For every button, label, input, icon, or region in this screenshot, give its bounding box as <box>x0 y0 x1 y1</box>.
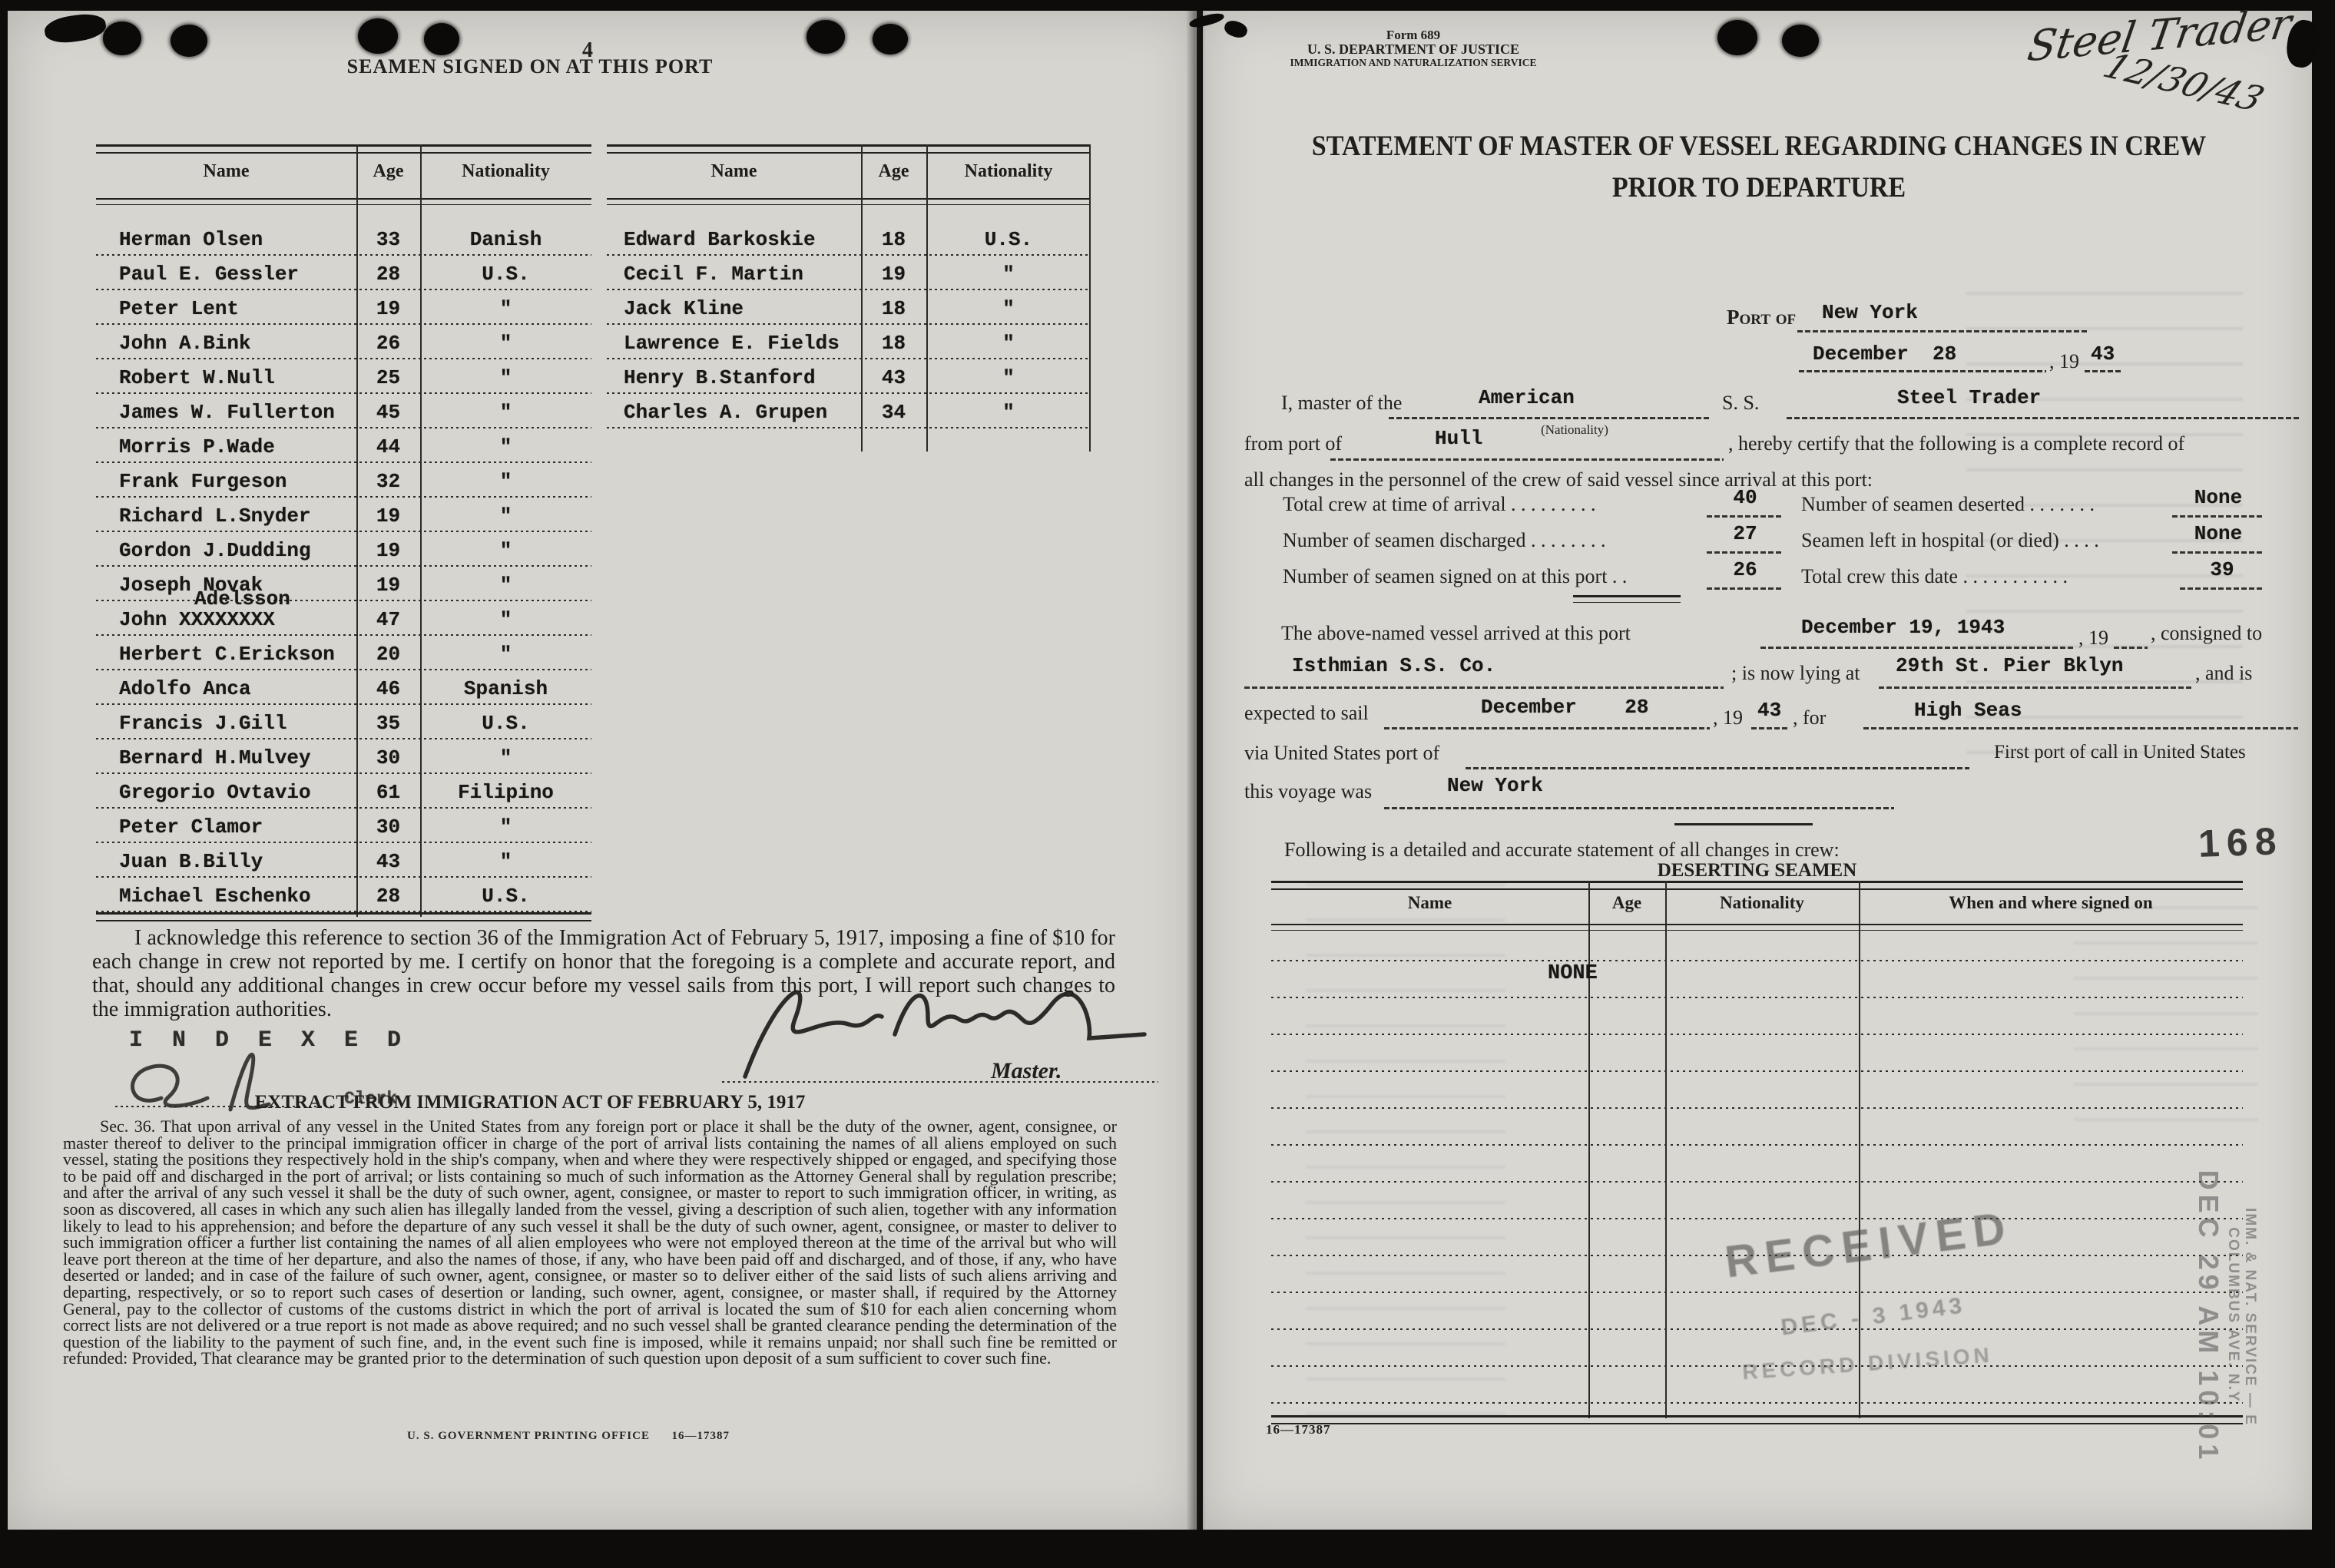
table-rule <box>607 198 1091 205</box>
voyage-value: New York <box>1447 774 1543 797</box>
consignee-value: Isthmian S.S. Co. <box>1292 654 1495 677</box>
master-signature <box>714 961 1160 1088</box>
column-header-name: Name <box>607 161 861 182</box>
punch-hole <box>1782 25 1819 57</box>
section-divider-rule <box>1674 823 1813 829</box>
punch-hole <box>1717 20 1757 55</box>
deserting-empty-row <box>1271 1144 2243 1146</box>
punch-hole <box>358 18 398 54</box>
date-value: December 28 <box>1813 342 1956 366</box>
crew-nationality: " <box>420 746 591 769</box>
crew-name: Adolfo Anca <box>119 677 251 700</box>
crew-nationality: " <box>420 539 591 562</box>
crew-row: Henry B.Stanford43" <box>607 359 1091 394</box>
crew-age: 33 <box>356 228 420 251</box>
crew-age: 26 <box>356 332 420 355</box>
voyage-blank <box>1384 807 1894 809</box>
deserting-empty-row <box>1271 960 2243 961</box>
arrived-value: December 19, 1943 <box>1801 616 2005 639</box>
crew-row: James W. Fullerton45" <box>96 394 591 428</box>
column-header-nationality: Nationality <box>420 161 591 182</box>
punch-hole <box>424 23 459 55</box>
crew-age: 44 <box>356 435 420 458</box>
left-page-footer: U. S. GOVERNMENT PRINTING OFFICE 16—1738… <box>369 1430 768 1443</box>
crew-row: Morris P.Wade44" <box>96 428 591 463</box>
punch-hole <box>171 25 207 57</box>
crew-name: Gregorio Ovtavio <box>119 781 311 804</box>
deserting-empty-row <box>1271 1181 2243 1183</box>
crew-name: Francis J.Gill <box>119 712 286 735</box>
sail-value: December 28 <box>1481 696 1648 719</box>
column-header-age: Age <box>1588 893 1665 913</box>
crew-name: Herbert C.Erickson <box>119 643 335 666</box>
crew-name: Frank Furgeson <box>119 470 286 493</box>
port-label: Port of <box>1727 306 1796 329</box>
crew-age: 35 <box>356 712 420 735</box>
date-received-stamp-vertical: IMM. & NAT. SERVICE — E COLUMBUS AVE. N.… <box>2158 1136 2258 1497</box>
master-signature-line <box>722 1081 1158 1083</box>
crew-age: 47 <box>356 608 420 631</box>
table-rule <box>96 198 591 205</box>
stat-value: 40 <box>1707 486 1784 509</box>
lying-label: ; is now lying at <box>1731 662 1860 685</box>
deserting-empty-row <box>1271 1402 2243 1404</box>
stat-label: Seamen left in hospital (or died) . . . … <box>1801 529 2099 552</box>
right-page-footer-number: 16—17387 <box>1266 1422 1331 1437</box>
destination-value: High Seas <box>1914 699 2022 722</box>
crew-age: 18 <box>861 297 926 320</box>
vessel-value: Steel Trader <box>1897 386 2041 409</box>
crew-age: 30 <box>356 746 420 769</box>
crew-row: Gregorio Ovtavio61Filipino <box>96 774 591 809</box>
nationality-blank-line <box>1389 417 1711 419</box>
master-phrase: I, master of the <box>1281 392 1402 415</box>
stat-label: Total crew this date . . . . . . . . . .… <box>1801 565 2068 588</box>
section-divider-rule <box>1573 595 1681 603</box>
crew-row: Paul E. Gessler28U.S. <box>96 256 591 290</box>
crew-name: Richard L.Snyder <box>119 504 311 528</box>
table-rule <box>1271 1415 2243 1424</box>
column-divider <box>1588 881 1590 1418</box>
via-blank <box>1466 767 1969 769</box>
stat-value: 39 <box>2180 558 2264 581</box>
sail-year-value: 43 <box>1757 699 1781 722</box>
crew-age: 18 <box>861 332 926 355</box>
crew-age: 19 <box>356 504 420 528</box>
crew-nationality: " <box>926 297 1091 320</box>
crew-row: Joseph Novak19" <box>96 567 591 601</box>
stat-blank <box>1707 551 1784 554</box>
crew-age: 45 <box>356 401 420 424</box>
consignee-blank <box>1244 686 1724 689</box>
crew-name: Henry B.Stanford <box>624 366 816 389</box>
crew-nationality: Spanish <box>420 677 591 700</box>
from-port-value: Hull <box>1435 427 1482 450</box>
crew-name: Peter Lent <box>119 297 239 320</box>
crew-name: Herman Olsen <box>119 228 263 251</box>
deserting-table: Name Age Nationality When and where sign… <box>1271 881 2243 1423</box>
year-blank-line <box>2085 370 2121 372</box>
and-is-label: , and is <box>2195 662 2252 685</box>
crew-row: Herman Olsen33Danish <box>96 221 591 256</box>
crew-name-correction: Adelsson <box>194 587 290 610</box>
nationality-value: American <box>1479 386 1575 409</box>
deserting-empty-row <box>1271 1328 2243 1330</box>
crew-row: Herbert C.Erickson20" <box>96 636 591 670</box>
crew-name: Bernard H.Mulvey <box>119 746 311 769</box>
from-port-blank-line <box>1330 458 1724 461</box>
crew-nationality: " <box>420 643 591 666</box>
column-header-age: Age <box>861 161 926 182</box>
crew-name: Cecil F. Martin <box>624 263 803 286</box>
column-header-signed-on: When and where signed on <box>1859 893 2243 913</box>
crew-name: Juan B.Billy <box>119 850 263 873</box>
arrived-blank <box>1760 647 2074 649</box>
crew-nationality: " <box>926 401 1091 424</box>
column-header-age: Age <box>356 161 420 182</box>
stat-label: Number of seamen discharged . . . . . . … <box>1283 529 1605 552</box>
date-year-value: 43 <box>2091 342 2115 366</box>
crew-row: Lawrence E. Fields18" <box>607 325 1091 359</box>
crew-age: 61 <box>356 781 420 804</box>
crew-row: Michael Eschenko28U.S. <box>96 878 591 912</box>
crew-nationality: " <box>420 608 591 631</box>
deserting-empty-row <box>1271 1107 2243 1109</box>
crew-nationality: " <box>420 574 591 597</box>
crew-name: James W. Fullerton <box>119 401 335 424</box>
stamp-line: COLUMBUS AVE. N.Y. <box>2224 1136 2241 1497</box>
crew-name: Gordon J.Dudding <box>119 539 311 562</box>
right-page-title-line1: STATEMENT OF MASTER OF VESSEL REGARDING … <box>1244 131 2274 162</box>
department-name: U. S. DEPARTMENT OF JUSTICE <box>1260 41 1567 58</box>
from-port-label: from port of <box>1244 432 1342 455</box>
service-name: IMMIGRATION AND NATURALIZATION SERVICE <box>1260 57 1567 69</box>
column-header-nationality: Nationality <box>1665 893 1859 913</box>
deserting-empty-row <box>1271 1034 2243 1035</box>
voyage-label: this voyage was <box>1244 780 1372 803</box>
destination-blank <box>1863 727 2298 729</box>
crew-age: 46 <box>356 677 420 700</box>
deserting-empty-row <box>1271 1292 2243 1293</box>
crew-age: 19 <box>356 539 420 562</box>
crew-row: John A.Bink26" <box>96 325 591 359</box>
crew-nationality: " <box>420 504 591 528</box>
first-port-label: First port of call in United States <box>1994 742 2246 763</box>
sail-label: expected to sail <box>1244 702 1369 725</box>
crew-nationality: " <box>420 366 591 389</box>
lying-value: 29th St. Pier Bklyn <box>1896 654 2123 677</box>
crew-age: 43 <box>356 850 420 873</box>
crew-name: Peter Clamor <box>119 815 263 839</box>
for-label: , for <box>1793 706 1826 729</box>
crew-row: Jack Kline18" <box>607 290 1091 325</box>
page-gutter <box>1186 11 1206 1530</box>
via-label: via United States port of <box>1244 742 1439 765</box>
crew-age: 25 <box>356 366 420 389</box>
stat-value: 27 <box>1707 522 1784 545</box>
crew-row: Bernard H.Mulvey30" <box>96 739 591 774</box>
table-rule <box>1271 881 2243 890</box>
master-label: Master. <box>991 1058 1062 1084</box>
form-number: Form 689 <box>1260 28 1567 43</box>
punch-hole <box>103 22 141 55</box>
column-header-nationality: Nationality <box>926 161 1091 182</box>
column-header-name: Name <box>1271 893 1588 913</box>
stat-blank <box>1707 587 1784 590</box>
column-header-name: Name <box>96 161 356 182</box>
following-line: Following is a detailed and accurate sta… <box>1284 839 1840 862</box>
stat-blank <box>2172 551 2264 554</box>
consigned-label: , consigned to <box>2151 622 2262 645</box>
crew-table-right: Name Age Nationality Edward Barkoskie18U… <box>607 144 1091 467</box>
left-page-title: SEAMEN SIGNED ON AT THIS PORT <box>184 55 876 78</box>
number-stamp: 168 <box>2198 819 2284 866</box>
date-blank-line <box>1799 370 2046 372</box>
crew-name: John XXXXXXXX <box>119 608 275 631</box>
crew-age: 20 <box>356 643 420 666</box>
stat-blank <box>1707 515 1784 518</box>
crew-row: Richard L.Snyder19" <box>96 498 591 532</box>
certify-phrase: , hereby certify that the following is a… <box>1728 432 2184 455</box>
crew-nationality: U.S. <box>420 885 591 908</box>
arrived-year-prefix: , 19 <box>2078 627 2108 650</box>
stat-value: 26 <box>1707 558 1784 581</box>
stamp-line: IMM. & NAT. SERVICE — E <box>2241 1136 2258 1497</box>
date-year-prefix: , 19 <box>2049 350 2079 373</box>
stat-label: Number of seamen signed on at this port … <box>1283 565 1627 588</box>
crew-row: Charles A. Grupen34" <box>607 394 1091 428</box>
crew-nationality: Filipino <box>420 781 591 804</box>
crew-name: Paul E. Gessler <box>119 263 299 286</box>
crew-nationality: " <box>420 332 591 355</box>
crew-age: 19 <box>356 297 420 320</box>
sail-year-prefix: , 19 <box>1713 706 1743 729</box>
crew-row: Peter Clamor30" <box>96 809 591 843</box>
vessel-blank-line <box>1787 417 2300 419</box>
crew-table-left: Name Age Nationality Herman Olsen33Danis… <box>96 144 591 921</box>
crew-nationality: " <box>420 815 591 839</box>
crew-nationality: " <box>420 435 591 458</box>
crew-name: Jack Kline <box>624 297 744 320</box>
crew-nationality: " <box>926 366 1091 389</box>
crew-age: 43 <box>861 366 926 389</box>
crew-age: 19 <box>861 263 926 286</box>
crew-name: Charles A. Grupen <box>624 401 827 424</box>
column-divider <box>1665 881 1667 1418</box>
deserting-empty-row <box>1271 997 2243 998</box>
scanned-document: 4 SEAMEN SIGNED ON AT THIS PORT Name Age… <box>0 0 2335 1568</box>
table-rule <box>96 912 591 921</box>
crew-age: 32 <box>356 470 420 493</box>
port-value: New York <box>1822 301 1918 324</box>
crew-nationality: U.S. <box>420 712 591 735</box>
right-page-title-line2: PRIOR TO DEPARTURE <box>1244 172 2274 203</box>
stat-label: Total crew at time of arrival . . . . . … <box>1283 493 1596 516</box>
crew-age: 18 <box>861 228 926 251</box>
crew-row: Francis J.Gill35U.S. <box>96 705 591 739</box>
punch-hole <box>806 20 845 54</box>
lying-blank <box>1879 686 2192 689</box>
stat-blank <box>2180 587 2264 590</box>
crew-nationality: " <box>420 470 591 493</box>
stat-value: None <box>2172 522 2264 545</box>
crew-row: Frank Furgeson32" <box>96 463 591 498</box>
crew-row: John XXXXXXXX47"Adelsson <box>96 601 591 636</box>
stamp-line: DEC 29 AM 10:01 <box>2192 1136 2224 1497</box>
crew-row: Edward Barkoskie18U.S. <box>607 221 1091 256</box>
crew-row: Juan B.Billy43" <box>96 843 591 878</box>
crew-age: 28 <box>356 885 420 908</box>
table-rule <box>607 144 1091 154</box>
crew-nationality: " <box>926 332 1091 355</box>
crew-name: Morris P.Wade <box>119 435 275 458</box>
table-rule <box>1271 924 2243 931</box>
stat-blank <box>2172 515 2264 518</box>
crew-nationality: Danish <box>420 228 591 251</box>
crew-row: Robert W.Null25" <box>96 359 591 394</box>
arrived-label: The above-named vessel arrived at this p… <box>1281 622 1631 645</box>
deserting-empty-row <box>1271 1218 2243 1219</box>
crew-nationality: U.S. <box>420 263 591 286</box>
crew-nationality: " <box>926 263 1091 286</box>
sail-year-blank <box>1751 727 1788 729</box>
deserting-empty-row <box>1271 1070 2243 1072</box>
crew-name: Robert W.Null <box>119 366 275 389</box>
crew-name: John A.Bink <box>119 332 251 355</box>
deserting-entry-none: NONE <box>1548 962 1598 985</box>
table-rule <box>96 144 591 154</box>
crew-age: 30 <box>356 815 420 839</box>
arrived-year-blank <box>2114 647 2148 649</box>
crew-row: Peter Lent19" <box>96 290 591 325</box>
port-blank-line <box>1797 330 2089 332</box>
crew-age: 19 <box>356 574 420 597</box>
crew-row: Cecil F. Martin19" <box>607 256 1091 290</box>
ss-label: S. S. <box>1722 392 1759 415</box>
deserting-title: DESERTING SEAMEN <box>1271 860 2243 882</box>
crew-nationality: " <box>420 850 591 873</box>
crew-name: Michael Eschenko <box>119 885 311 908</box>
crew-age: 34 <box>861 401 926 424</box>
crew-nationality: " <box>420 297 591 320</box>
extract-body: Sec. 36. That upon arrival of any vessel… <box>63 1118 1117 1367</box>
crew-row: Adolfo Anca46Spanish <box>96 670 591 705</box>
column-divider <box>1859 881 1860 1418</box>
sail-blank <box>1384 727 1710 729</box>
crew-nationality: " <box>420 401 591 424</box>
stat-value: None <box>2172 486 2264 509</box>
crew-row: Gordon J.Dudding19" <box>96 532 591 567</box>
stat-label: Number of seamen deserted . . . . . . . <box>1801 493 2095 516</box>
extract-title: EXTRACT FROM IMMIGRATION ACT OF FEBRUARY… <box>184 1092 876 1113</box>
punch-hole <box>873 24 908 55</box>
nationality-caption: (Nationality) <box>1482 422 1667 438</box>
crew-nationality: U.S. <box>926 228 1091 251</box>
crew-age: 28 <box>356 263 420 286</box>
crew-name: Edward Barkoskie <box>624 228 816 251</box>
crew-name: Lawrence E. Fields <box>624 332 840 355</box>
